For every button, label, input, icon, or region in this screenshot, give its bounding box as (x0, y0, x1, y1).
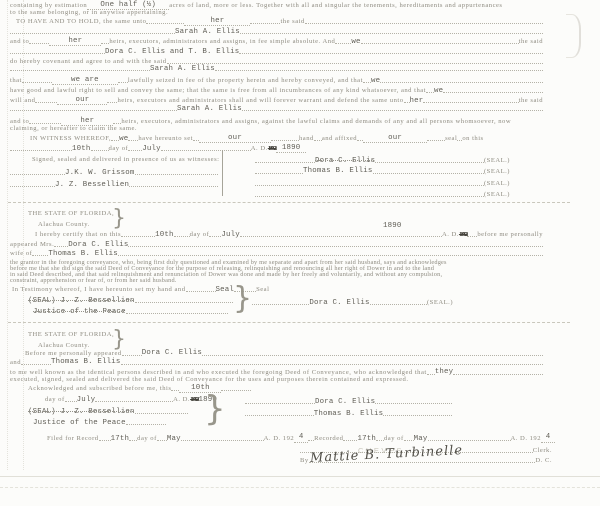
printed-text: have good and lawful right to sell and c… (10, 87, 426, 94)
filled-blank: 1890 (276, 144, 306, 153)
typed-entry: we (119, 135, 128, 143)
typed-signature: Dora C. Ellis (315, 398, 375, 406)
printed-text: Seal (256, 286, 269, 293)
certify-line: I hereby certify that on this 10th day o… (35, 230, 543, 239)
typed-notary: (SEAL) J. Z. Bessellien (28, 297, 135, 305)
printed-text: Clerk. (533, 447, 552, 454)
printed-text: lawfully seized in fee of the property h… (128, 77, 363, 84)
typed-entry: they (435, 368, 454, 376)
printed-text: wife of (10, 250, 32, 257)
known-line-2: executed, signed, sealed and delivered t… (10, 375, 408, 384)
deed-line-6: Dora C. Ellis and T. B. Ellis (10, 47, 543, 56)
typed-entry: Seal (216, 286, 235, 294)
typed-entry: 1890 (282, 144, 301, 152)
witness-1-line: J.K. W. Grissom (10, 168, 218, 177)
document-page: containing by estimation One half (½) ac… (0, 0, 600, 506)
struck-year: 192 (459, 231, 467, 238)
typed-entry: we (371, 77, 380, 85)
deed-line-9: that we are lawfully seized in fee of th… (10, 76, 543, 85)
printed-text: D. C. (535, 457, 552, 464)
printed-text: Signed, sealed and delivered in presence… (32, 156, 219, 163)
typed-entry: we are (71, 76, 99, 84)
state-brace: } (112, 208, 126, 230)
appeared-line: appeared Mrs. Dora C. Ellis (10, 240, 543, 249)
notary-title-line: Justice of the Peace (33, 307, 228, 316)
printed-text: to the same belonging, or in anywise app… (10, 9, 168, 16)
typed-entry: Sarah A. Ellis (175, 28, 240, 36)
typed-signature: Dora C. Ellis (309, 299, 369, 307)
typed-title: Justice of the Peace (33, 419, 126, 427)
wife-of-line: wife of Thomas B. Ellis (10, 249, 543, 258)
printed-text: heirs, executors, administrators and ass… (109, 38, 335, 45)
testimony-line: In Testimony whereof, I have hereunto se… (12, 285, 269, 294)
typed-entry: July (77, 396, 96, 404)
typed-entry: we (434, 87, 443, 95)
typed-entry: Thomas B. Ellis (51, 358, 121, 366)
typed-entry: our (75, 96, 89, 104)
seal-row-2: Thomas B. Ellis (SEAL.) (255, 167, 510, 176)
witness-2-line: J. Z. Bessellien (10, 180, 218, 189)
printed-text: and affixed (322, 135, 357, 142)
typed-entry: 10th (155, 231, 174, 239)
typed-year-above: 1890 (383, 221, 402, 230)
printed-text: acres of land, more or less. Together wi… (169, 2, 502, 9)
printed-text: A. D. 192 (511, 435, 542, 442)
day-of-line: day of July A. D. 192 1890 (45, 395, 217, 404)
printed-text: appeared Mrs. (10, 241, 54, 248)
struck-year: 192 (268, 145, 276, 152)
typed-signature: Thomas B. Ellis (314, 410, 384, 418)
typed-entry: July (221, 231, 240, 239)
state-brace-2: } (112, 329, 126, 351)
typed-entry: Dora C. Ellis (142, 349, 202, 357)
notary-signature-line: (SEAL) J. Z. Bessellien (28, 296, 233, 305)
printed-text: day of (384, 435, 404, 442)
printed-text: I hereby certify that on this (35, 231, 121, 238)
bottom-scan-line (0, 476, 600, 477)
printed-text: heirs, executors and administrators shal… (117, 97, 403, 104)
typed-entry: her (68, 37, 82, 45)
deed-line-12: Sarah A. Ellis (10, 104, 543, 113)
printed-text: constraint, apprehension or fear of, or … (10, 278, 177, 284)
seal-label: (SEAL.) (484, 180, 510, 187)
bottom-scan-line-2 (0, 487, 600, 488)
typed-signature: Thomas B. Ellis (303, 167, 373, 175)
seal-label: (SEAL.) (484, 191, 510, 198)
deed-line-4: Sarah A. Ellis (10, 27, 543, 36)
typed-witness: J. Z. Bessellien (55, 181, 129, 189)
printed-text: hand (299, 135, 314, 142)
seal-row-1: Dora C. Ellis (SEAL.) (255, 156, 510, 165)
filled-blank: 4 (541, 433, 555, 443)
witnesses-label: Signed, sealed and delivered in presence… (32, 155, 219, 164)
printed-text: A. D. (173, 396, 190, 403)
printed-text: the said (519, 38, 543, 45)
typed-signature: Dora C. Ellis (315, 157, 375, 165)
typed-entry: Sarah A. Ellis (150, 65, 215, 73)
printed-text: on this (462, 135, 483, 142)
printed-text: day of (137, 435, 157, 442)
printed-text: Before me personally appeared (25, 350, 122, 357)
typed-entry: Thomas B. Ellis (48, 250, 118, 258)
before-me-line: Before me personally appeared Dora C. El… (25, 349, 543, 358)
section-separator-2 (8, 322, 570, 323)
pen-mark (566, 14, 581, 58)
date-line: 10th day of July A. D. 192 1890 (10, 144, 543, 153)
seal-label: (SEAL.) (484, 157, 510, 164)
filled-blank: our (199, 134, 271, 143)
grantor-seal-line: Dora C. Ellis (SEAL.) (252, 298, 453, 307)
printed-text: that (10, 77, 22, 84)
typed-entry: Dora C. Ellis (68, 241, 128, 249)
typed-entry: Dora C. Ellis and T. B. Ellis (105, 48, 239, 56)
typed-witness: J.K. W. Grissom (65, 169, 135, 177)
and-line: and Thomas B. Ellis (10, 358, 543, 367)
typed-entry: Sarah A. Ellis (177, 105, 242, 113)
notary-signature-line-2: (SEAL) J. Z. Bessellien (28, 407, 188, 416)
filled-blank: her (49, 37, 101, 46)
notary-brace-2: } (204, 392, 226, 426)
printed-text: seal (445, 135, 457, 142)
printed-text: Alachua County. (38, 221, 90, 228)
printed-text: and (10, 359, 21, 366)
printed-text: the said (280, 18, 304, 25)
printed-text: executed, signed, sealed and delivered t… (10, 376, 408, 383)
filled-blank: 4 (294, 433, 308, 443)
printed-text: day of (109, 145, 129, 152)
deed-line-3: TO HAVE AND TO HOLD, the same unto her t… (16, 17, 543, 26)
dower-paragraph-4: constraint, apprehension or fear of, or … (10, 276, 177, 285)
seal-row-3: (SEAL.) (255, 179, 510, 188)
printed-text: heirs, executors, administrators and ass… (121, 118, 511, 125)
section-separator (8, 202, 570, 203)
filled-blank: we are (52, 76, 118, 85)
state-heading-2: THE STATE OF FLORIDA, (28, 330, 114, 339)
deed-line-10: have good and lawful right to sell and c… (10, 86, 543, 95)
typed-entry: 4 (546, 433, 551, 441)
witness-divider-brace (222, 150, 223, 196)
seal-label: (SEAL.) (484, 168, 510, 175)
printed-text: the said (519, 97, 543, 104)
typed-title: Justice of the Peace (33, 308, 126, 316)
typed-entry: 17th (357, 435, 376, 443)
typed-entry: May (167, 435, 181, 443)
printed-text: and to (10, 38, 29, 45)
deed-line-2: to the same belonging, or in anywise app… (10, 8, 168, 17)
printed-text: day of (190, 231, 210, 238)
printed-text: Acknowledged and subscribed before me, t… (28, 385, 171, 392)
typed-entry: 10th (72, 145, 91, 153)
printed-text: have hereunto set (138, 135, 193, 142)
seal-row-4: (SEAL.) (255, 190, 510, 199)
struck-year: 192 (190, 396, 198, 403)
testimony-brace: } (233, 284, 252, 314)
printed-text: day of (45, 396, 65, 403)
filled-blank: her (184, 17, 250, 26)
typed-entry: her (210, 17, 224, 25)
printed-text: A. D. 192 (264, 435, 295, 442)
filled-blank: our (363, 134, 427, 143)
typed-entry: our (388, 134, 402, 142)
typed-entry: 17th (111, 435, 130, 443)
typed-entry: 4 (299, 433, 304, 441)
deed-line-14: claiming, or hereafter to claim the same… (10, 124, 137, 133)
seal-label: (SEAL.) (427, 299, 453, 306)
notary-title-line-2: Justice of the Peace (33, 418, 188, 427)
typed-entry: July (142, 145, 161, 153)
typed-notary: (SEAL) J. Z. Bessellien (28, 408, 135, 416)
typed-entry: 1890 (383, 222, 402, 230)
typed-entry: our (228, 134, 242, 142)
printed-text: A. D. (442, 231, 459, 238)
printed-text: TO HAVE AND TO HOLD, the same unto (16, 18, 146, 25)
printed-text: before me personally (477, 231, 543, 238)
printed-text: THE STATE OF FLORIDA, (28, 331, 114, 338)
printed-text: THE STATE OF FLORIDA, (28, 210, 114, 217)
left-fold-line (7, 0, 8, 470)
printed-text: claiming, or hereafter to claim the same… (10, 125, 137, 132)
printed-text: Recorded (314, 435, 343, 442)
deed-line-5: and to her heirs, executors, administrat… (10, 37, 543, 46)
printed-text: By (300, 457, 309, 464)
witness-whereof-line: IN WITNESS WHEREOF, we have hereunto set… (30, 134, 543, 143)
printed-text: IN WITNESS WHEREOF, (30, 135, 111, 142)
printed-text: In Testimony whereof, I have hereunto se… (12, 286, 186, 293)
printed-text: Filed for Record (47, 435, 99, 442)
ack-signature-2: Thomas B. Ellis (245, 409, 452, 418)
state-heading: THE STATE OF FLORIDA, (28, 209, 114, 218)
typed-entry: we (351, 38, 360, 46)
filed-line: Filed for Record 17th day of May A. D. 1… (47, 434, 555, 443)
printed-text: will and (10, 97, 35, 104)
printed-text: A. D. (251, 145, 268, 152)
deed-line-8: Sarah A. Ellis (10, 64, 543, 73)
ack-signature-1: Dora C. Ellis (245, 397, 452, 406)
printed-text: Alachua County. (38, 342, 90, 349)
typed-entry: May (414, 435, 428, 443)
county-heading: Alachua County. (38, 220, 90, 229)
